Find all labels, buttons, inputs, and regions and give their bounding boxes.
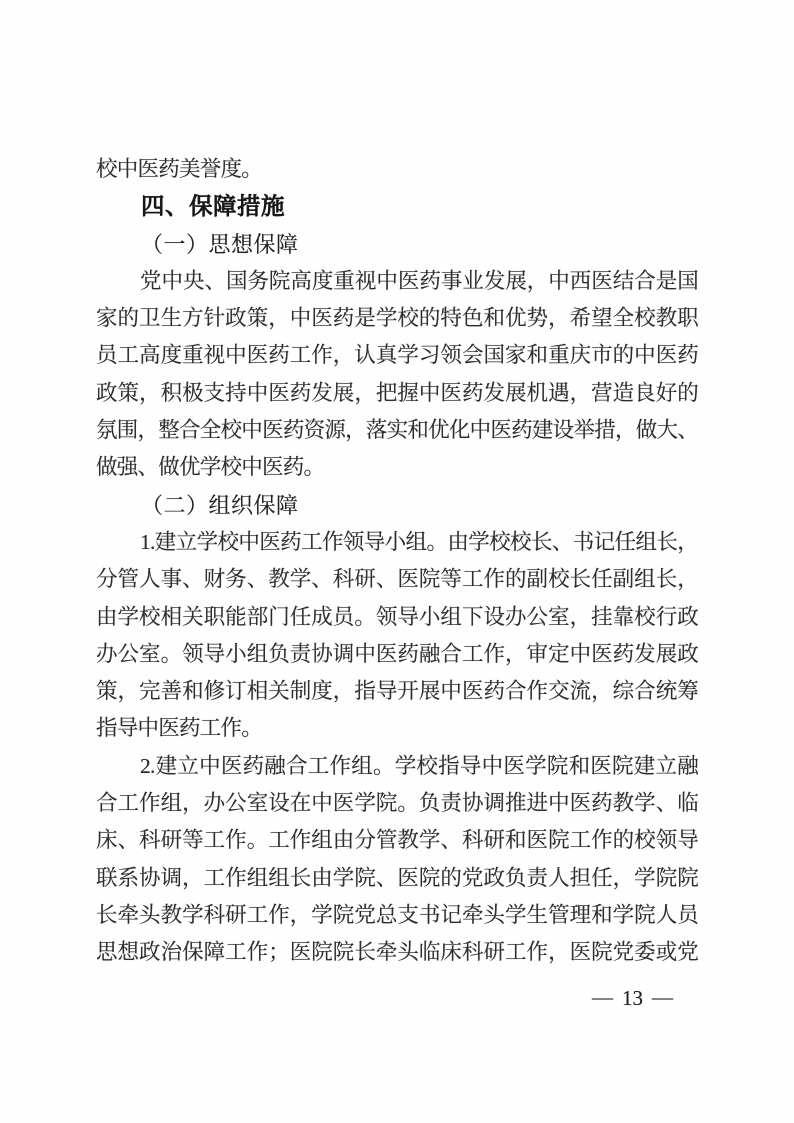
text-line: 策，完善和修订相关制度，指导开展中医药合作交流，综合统筹 (96, 673, 698, 710)
text-line: 做强、做优学校中医药。 (96, 449, 698, 486)
text-line: 氛围，整合全校中医药资源，落实和优化中医药建设举措，做大、 (96, 412, 698, 449)
text-line: 思想政治保障工作；医院院长牵头临床科研工作，医院党委或党 (96, 934, 698, 971)
text-line: 2.建立中医药融合工作组。学校指导中医学院和医院建立融 (96, 748, 698, 785)
text-line: 由学校相关职能部门任成员。领导小组下设办公室，挂靠校行政 (96, 599, 698, 636)
document-body: 校中医药美誉度。四、保障措施（一）思想保障党中央、国务院高度重视中医药事业发展，… (96, 151, 698, 972)
text-line: 指导中医药工作。 (96, 710, 698, 747)
subsection-heading: （一）思想保障 (96, 226, 698, 263)
text-line: 联系协调，工作组组长由学院、医院的党政负责人担任，学院院 (96, 860, 698, 897)
text-line: 员工高度重视中医药工作，认真学习领会国家和重庆市的中医药 (96, 337, 698, 374)
page-number-dash-left: — (592, 985, 613, 1010)
page-number-dash-right: — (652, 985, 673, 1010)
text-line: 1.建立学校中医药工作领导小组。由学校校长、书记任组长， (96, 524, 698, 561)
text-line: 政策，积极支持中医药发展，把握中医药发展机遇，营造良好的 (96, 375, 698, 412)
section-heading: 四、保障措施 (96, 188, 698, 225)
page-number: 13 (622, 986, 643, 1011)
text-line: 家的卫生方针政策，中医药是学校的特色和优势，希望全校教职 (96, 300, 698, 337)
text-line: 办公室。领导小组负责协调中医药融合工作，审定中医药发展政 (96, 636, 698, 673)
text-line: 校中医药美誉度。 (96, 151, 698, 188)
document-page: 校中医药美誉度。四、保障措施（一）思想保障党中央、国务院高度重视中医药事业发展，… (0, 0, 794, 1123)
text-line: 分管人事、财务、教学、科研、医院等工作的副校长任副组长， (96, 561, 698, 598)
page-footer: — 13 — (592, 986, 673, 1011)
text-line: 长牵头教学科研工作，学院党总支书记牵头学生管理和学院人员 (96, 897, 698, 934)
text-line: 党中央、国务院高度重视中医药事业发展，中西医结合是国 (96, 263, 698, 300)
text-line: 合工作组，办公室设在中医学院。负责协调推进中医药教学、临 (96, 785, 698, 822)
text-line: 床、科研等工作。工作组由分管教学、科研和医院工作的校领导 (96, 822, 698, 859)
subsection-heading: （二）组织保障 (96, 487, 698, 524)
